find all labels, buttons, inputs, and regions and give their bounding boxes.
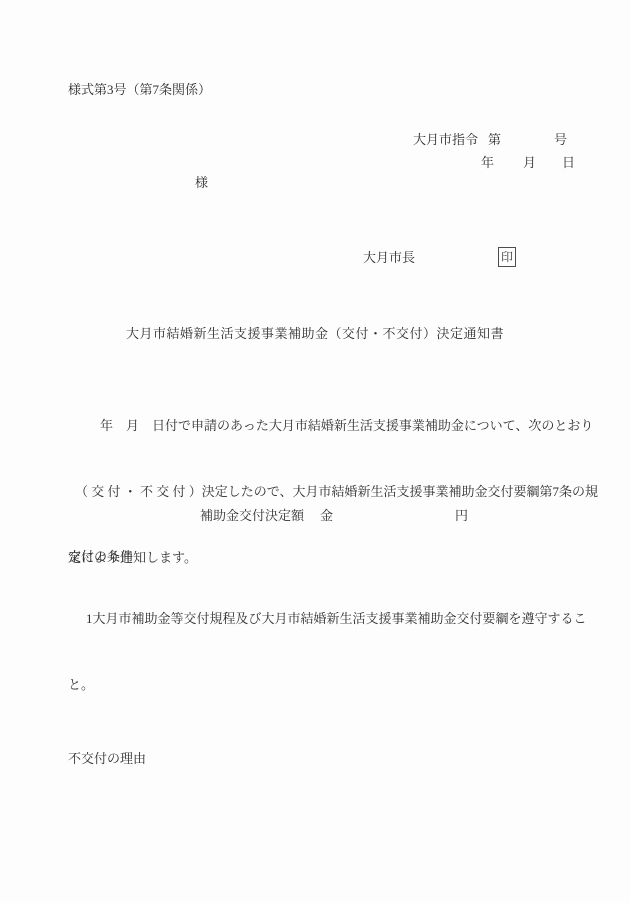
amount-currency-suffix: 円 <box>455 508 468 523</box>
issuer-title: 大月市長 <box>363 247 415 266</box>
amount-line: 補助金交付決定額金円 <box>187 489 468 540</box>
form-number: 様式第3号（第7条関係） <box>68 79 211 98</box>
body-line: 年 月 日付で申請のあった大月市結婚新生活支援事業補助金について、次のとおり <box>100 415 588 437</box>
non-grant-reason-heading: 不交付の理由 <box>68 748 146 767</box>
document-page: 様式第3号（第7条関係） 大月市指令第号 年月日 様 大月市長 印 大月市結婚新… <box>0 0 630 903</box>
amount-label: 補助金交付決定額 <box>200 508 304 523</box>
conditions-item: 1大月市補助金等交付規程及び大月市結婚新生活支援事業補助金交付要綱を遵守するこ … <box>68 564 588 740</box>
addressee-honorific: 様 <box>195 172 208 191</box>
date-line: 年月日 <box>468 136 575 187</box>
date-year-label: 年 <box>481 155 494 170</box>
conditions-heading: 交付の条件 <box>68 546 133 565</box>
amount-currency-prefix: 金 <box>320 508 333 523</box>
date-day-label: 日 <box>562 155 575 170</box>
conditions-line: 1大月市補助金等交付規程及び大月市結婚新生活支援事業補助金交付要綱を遵守するこ <box>86 608 588 630</box>
conditions-line: と。 <box>68 674 588 696</box>
date-month-label: 月 <box>523 155 536 170</box>
seal-mark: 印 <box>498 247 516 267</box>
document-title: 大月市結婚新生活支援事業補助金（交付・不交付）決定通知書 <box>0 323 630 342</box>
